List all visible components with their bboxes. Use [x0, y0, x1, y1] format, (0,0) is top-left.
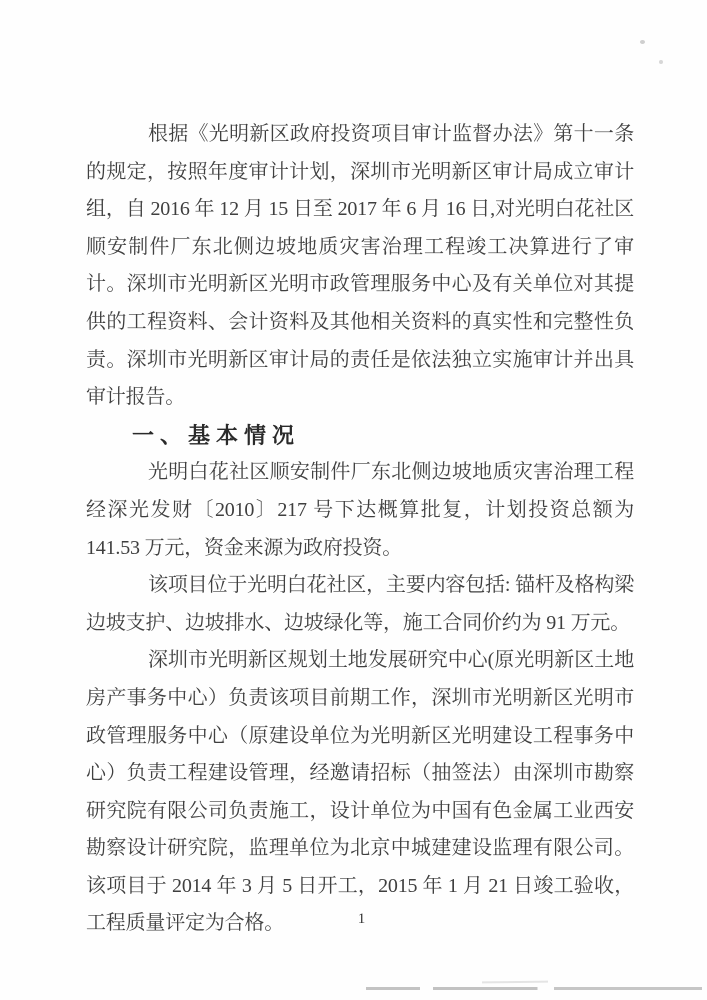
scan-artifact-smudge — [482, 981, 548, 984]
intro-paragraph: 根据《光明新区政府投资项目审计监督办法》第十一条的规定，按照年度审计计划，深圳市… — [86, 116, 634, 417]
scan-speck — [659, 60, 663, 64]
audit-report-page: 根据《光明新区政府投资项目审计监督办法》第十一条的规定，按照年度审计计划，深圳市… — [0, 0, 707, 1000]
scan-artifact-line — [366, 987, 702, 990]
document-body: 根据《光明新区政府投资项目审计监督办法》第十一条的规定，按照年度审计计划，深圳市… — [86, 116, 634, 943]
section-1-paragraph: 深圳市光明新区规划土地发展研究中心(原光明新区土地房产事务中心）负责该项目前期工… — [86, 642, 634, 943]
section-1-heading: 一、基本情况 — [86, 417, 634, 455]
section-1-paragraph: 光明白花社区顺安制件厂东北侧边坡地质灾害治理工程经深光发财〔2010〕217 号… — [86, 454, 634, 567]
page-number: 1 — [8, 909, 707, 929]
scan-speck — [640, 40, 645, 44]
section-1-paragraph: 该项目位于光明白花社区，主要内容包括: 锚杆及格构梁边坡支护、边坡排水、边坡绿化… — [86, 567, 634, 642]
